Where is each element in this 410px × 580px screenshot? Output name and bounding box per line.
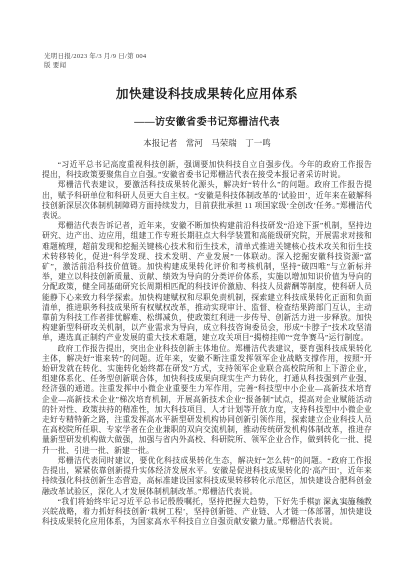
article-paragraph: 郑栅洁代表建议，要激活科技成果转化源头，解决好“转什么”的问题。政府工作报告提出… — [42, 180, 372, 221]
article-paragraph: “习近平总书记高度重视科技创新，强调要加快科技自立自强步伐。今年的政府工作报告提… — [42, 160, 372, 180]
publication-meta: 光明日报/2023 年/3 月/9 日/第 004 版 要闻 — [44, 52, 146, 70]
publication-meta-line1: 光明日报/2023 年/3 月/9 日/第 004 — [44, 52, 146, 61]
article-body: “习近平总书记高度重视科技创新，强调要加快科技自立自强步伐。今年的政府工作报告提… — [42, 160, 372, 527]
article-subtitle: ——访安徽省委书记郑栅洁代表 — [42, 113, 372, 128]
article-paragraph: 郑栅洁代表告诉记者，近年来，安徽不断加快构建前沿科技研发“沿途下蛋”机制，坚持边… — [42, 221, 372, 343]
article-paragraph: 郑栅洁代表同时建议，要优化科技成果转化生态，解决好“怎么转”的问题。“政府工作报… — [42, 456, 372, 497]
document-page: 光明日报/2023 年/3 月/9 日/第 004 版 要闻 加快建设科技成果转… — [0, 0, 410, 580]
publication-meta-line2: 版 要闻 — [44, 61, 146, 70]
article-title: 加快建设科技成果转化应用体系 — [42, 84, 372, 102]
page-number: 第 1 页 共 1 页 — [42, 497, 372, 506]
article-paragraph: 政府工作报告提出，突出企业科技创新主体地位。郑栅洁代表建议，要育强科技成果转化主… — [42, 344, 372, 456]
article-byline: 本报记者 常河 马荣瑞 丁一鸣 — [42, 137, 372, 149]
article: 加快建设科技成果转化应用体系 ——访安徽省委书记郑栅洁代表 本报记者 常河 马荣… — [42, 84, 372, 527]
